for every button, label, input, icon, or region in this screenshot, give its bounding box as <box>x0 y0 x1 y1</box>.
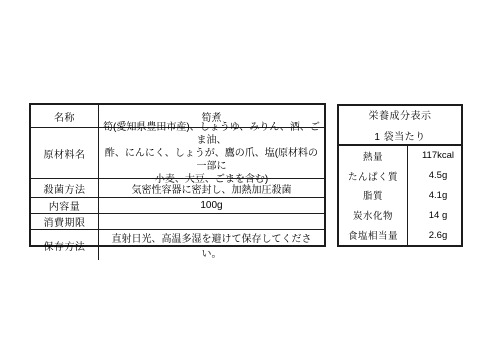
row-salt: 食塩相当量 2.6g <box>339 225 461 245</box>
row-ingredients: 原材料名 筍(愛知県豊田市産)、しょうゆ、みりん、酒、ごま油、 酢、にんにく、し… <box>31 127 324 178</box>
row-storage-label: 保存方法 <box>31 230 99 260</box>
row-protein-value: 4.5g <box>408 166 461 186</box>
row-energy: 熱量 117kcal <box>339 146 461 166</box>
row-expiry-value <box>99 214 324 229</box>
row-sterilization-value: 気密性容器に密封し、加熱加圧殺菌 <box>99 179 324 197</box>
row-net-content-value: 100g <box>99 198 324 213</box>
nutrition-table: 栄養成分表示 1 袋当たり 熱量 117kcal たんぱく質 4.5g 脂質 4… <box>337 104 463 247</box>
row-sterilization-label: 殺菌方法 <box>31 179 99 197</box>
row-sterilization: 殺菌方法 気密性容器に密封し、加熱加圧殺菌 <box>31 178 324 197</box>
row-ingredients-value: 筍(愛知県豊田市産)、しょうゆ、みりん、酒、ごま油、 酢、にんにく、しょうが、鷹… <box>99 128 324 178</box>
row-storage-value: 直射日光、高温多湿を避けて保存してください。 <box>99 230 324 260</box>
row-carbohydrate: 炭水化物 14 g <box>339 205 461 225</box>
row-fat: 脂質 4.1g <box>339 186 461 206</box>
row-expiry: 消費期限 <box>31 213 324 229</box>
product-info-table: 名称 筍煮 原材料名 筍(愛知県豊田市産)、しょうゆ、みりん、酒、ごま油、 酢、… <box>29 103 326 247</box>
row-name-label: 名称 <box>31 105 99 127</box>
row-fat-value: 4.1g <box>408 186 461 206</box>
row-net-content-label: 内容量 <box>31 198 99 213</box>
nutrition-serving: 1 袋当たり <box>374 128 425 143</box>
row-expiry-label: 消費期限 <box>31 214 99 229</box>
row-carbohydrate-value: 14 g <box>408 205 461 225</box>
row-salt-label: 食塩相当量 <box>339 225 408 245</box>
row-energy-value: 117kcal <box>408 146 461 166</box>
row-ingredients-label: 原材料名 <box>31 128 99 178</box>
row-fat-label: 脂質 <box>339 186 408 206</box>
row-protein: たんぱく質 4.5g <box>339 166 461 186</box>
row-storage: 保存方法 直射日光、高温多湿を避けて保存してください。 <box>31 229 324 260</box>
nutrition-title: 栄養成分表示 <box>369 107 432 122</box>
row-protein-label: たんぱく質 <box>339 166 408 186</box>
row-energy-label: 熱量 <box>339 146 408 166</box>
nutrition-body: 熱量 117kcal たんぱく質 4.5g 脂質 4.1g 炭水化物 14 g … <box>339 146 461 245</box>
row-carbohydrate-label: 炭水化物 <box>339 205 408 225</box>
nutrition-header: 栄養成分表示 1 袋当たり <box>339 106 461 146</box>
row-salt-value: 2.6g <box>408 225 461 245</box>
row-net-content: 内容量 100g <box>31 197 324 213</box>
